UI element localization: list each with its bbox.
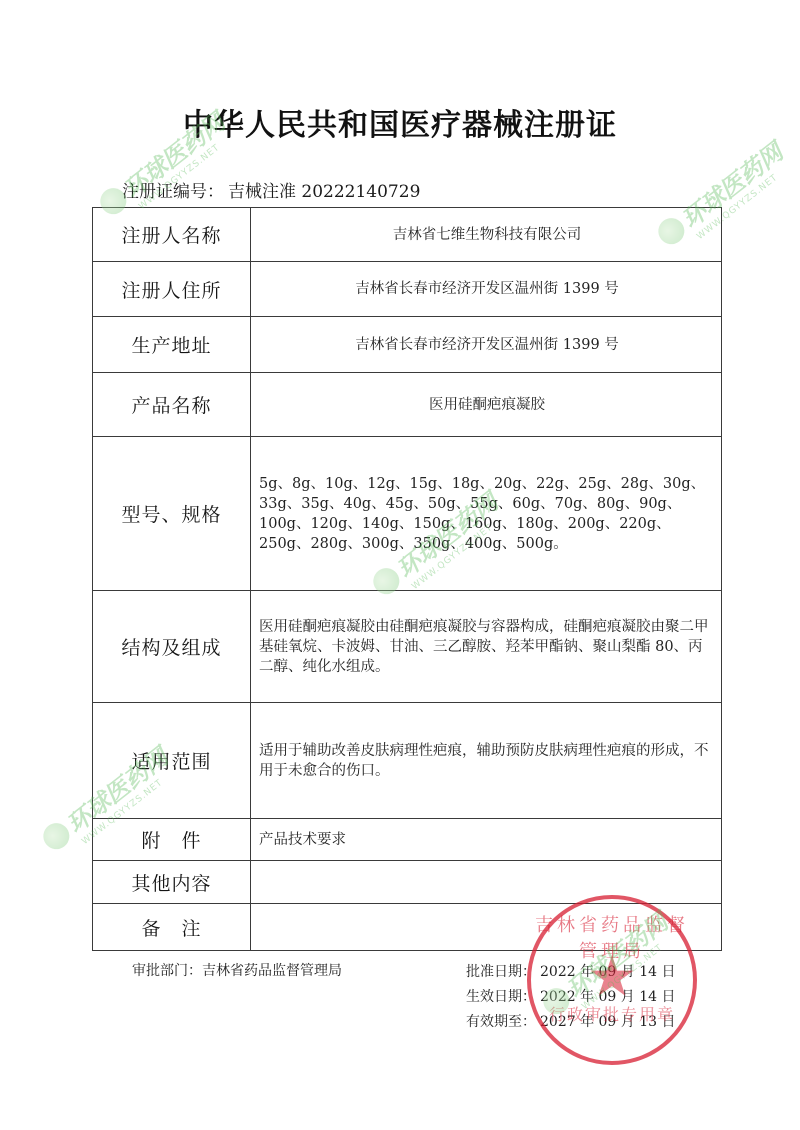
approval-date-value: 2022 年 09 月 14 日 bbox=[540, 964, 676, 980]
table-row-other: 其他内容 bbox=[93, 861, 722, 904]
other-value bbox=[251, 861, 722, 904]
table-row-registrant-address: 注册人住所 吉林省长春市经济开发区温州街 1399 号 bbox=[93, 262, 722, 317]
approval-department: 审批部门：吉林省药品监督管理局 bbox=[132, 960, 342, 980]
production-address-value: 吉林省长春市经济开发区温州街 1399 号 bbox=[251, 317, 722, 373]
row-label: 型号、规格 bbox=[93, 437, 251, 591]
expiry-date-label: 有效期至： bbox=[466, 1014, 536, 1030]
table-row-registrant-name: 注册人名称 吉林省七维生物科技有限公司 bbox=[93, 208, 722, 262]
table-row-production-address: 生产地址 吉林省长春市经济开发区温州街 1399 号 bbox=[93, 317, 722, 373]
remarks-value bbox=[251, 904, 722, 951]
table-row-composition: 结构及组成 医用硅酮疤痕凝胶由硅酮疤痕凝胶与容器构成，硅酮疤痕凝胶由聚二甲基硅氧… bbox=[93, 591, 722, 703]
row-label: 注册人名称 bbox=[93, 208, 251, 262]
table-row-model-spec: 型号、规格 5g、8g、10g、12g、15g、18g、20g、22g、25g、… bbox=[93, 437, 722, 591]
table-row-remarks: 备 注 bbox=[93, 904, 722, 951]
table-row-scope: 适用范围 适用于辅助改善皮肤病理性疤痕，辅助预防皮肤病理性疤痕的形成，不用于未愈… bbox=[93, 703, 722, 819]
approval-date-label: 批准日期： bbox=[466, 964, 536, 980]
row-label: 其他内容 bbox=[93, 861, 251, 904]
row-label: 附 件 bbox=[93, 819, 251, 861]
certificate-title: 中华人民共和国医疗器械注册证 bbox=[0, 100, 800, 144]
effective-date-value: 2022 年 09 月 14 日 bbox=[540, 989, 676, 1005]
row-label: 备 注 bbox=[93, 904, 251, 951]
approval-date: 批准日期：2022 年 09 月 14 日 bbox=[466, 960, 676, 985]
composition-value: 医用硅酮疤痕凝胶由硅酮疤痕凝胶与容器构成，硅酮疤痕凝胶由聚二甲基硅氧烷、卡波姆、… bbox=[251, 591, 722, 703]
effective-date: 生效日期：2022 年 09 月 14 日 bbox=[466, 985, 676, 1010]
approval-dept-label: 审批部门： bbox=[132, 963, 202, 979]
dates-block: 批准日期：2022 年 09 月 14 日 生效日期：2022 年 09 月 1… bbox=[466, 960, 676, 1035]
row-label: 结构及组成 bbox=[93, 591, 251, 703]
table-row-attachment: 附 件 产品技术要求 bbox=[93, 819, 722, 861]
table-row-product-name: 产品名称 医用硅酮疤痕凝胶 bbox=[93, 373, 722, 437]
registration-number-label: 注册证编号： bbox=[122, 182, 224, 202]
attachment-value: 产品技术要求 bbox=[251, 819, 722, 861]
effective-date-label: 生效日期： bbox=[466, 989, 536, 1005]
approval-dept-value: 吉林省药品监督管理局 bbox=[202, 963, 342, 979]
row-label: 产品名称 bbox=[93, 373, 251, 437]
registration-number-value: 吉械注准 20222140729 bbox=[228, 182, 420, 202]
certificate-table: 注册人名称 吉林省七维生物科技有限公司 注册人住所 吉林省长春市经济开发区温州街… bbox=[92, 207, 722, 951]
row-label: 适用范围 bbox=[93, 703, 251, 819]
expiry-date-value: 2027 年 09 月 13 日 bbox=[540, 1014, 676, 1030]
model-spec-value: 5g、8g、10g、12g、15g、18g、20g、22g、25g、28g、30… bbox=[251, 437, 722, 591]
registrant-name-value: 吉林省七维生物科技有限公司 bbox=[251, 208, 722, 262]
row-label: 生产地址 bbox=[93, 317, 251, 373]
expiry-date: 有效期至：2027 年 09 月 13 日 bbox=[466, 1010, 676, 1035]
registration-number: 注册证编号：吉械注准 20222140729 bbox=[122, 177, 420, 202]
scope-value: 适用于辅助改善皮肤病理性疤痕，辅助预防皮肤病理性疤痕的形成，不用于未愈合的伤口。 bbox=[251, 703, 722, 819]
globe-icon bbox=[38, 818, 74, 854]
row-label: 注册人住所 bbox=[93, 262, 251, 317]
product-name-value: 医用硅酮疤痕凝胶 bbox=[251, 373, 722, 437]
registrant-address-value: 吉林省长春市经济开发区温州街 1399 号 bbox=[251, 262, 722, 317]
